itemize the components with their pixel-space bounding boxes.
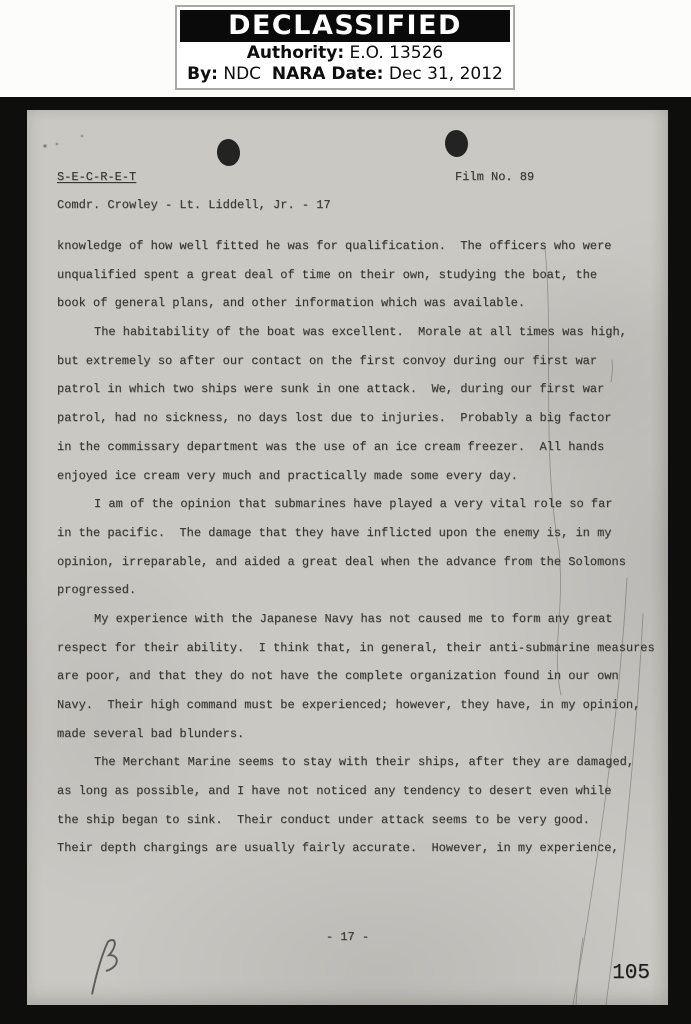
by-label: By: xyxy=(187,64,218,84)
text-line: but extremely so after our contact on th… xyxy=(57,347,663,376)
classification-marking: S-E-C-R-E-T xyxy=(57,170,136,184)
stamp-authority-line: Authority: E.O. 13526 xyxy=(180,44,510,63)
stamp-strip: DECLASSIFIED Authority: E.O. 13526 By: N… xyxy=(0,0,691,97)
text-line: knowledge of how well fitted he was for … xyxy=(57,232,663,261)
text-line: progressed. xyxy=(57,576,663,605)
text-line: enjoyed ice cream very much and practica… xyxy=(57,462,663,491)
paper-sheet: S-E-C-R-E-T Film No. 89 Comdr. Crowley -… xyxy=(27,110,668,1005)
frame-number: 105 xyxy=(612,962,650,985)
text-line: Navy. Their high command must be experie… xyxy=(57,691,663,720)
text-line: opinion, irreparable, and aided a great … xyxy=(57,548,663,577)
declassification-stamp: DECLASSIFIED Authority: E.O. 13526 By: N… xyxy=(175,5,515,90)
by-value: NDC xyxy=(218,64,272,84)
text-line: are poor, and that they do not have the … xyxy=(57,662,663,691)
authority-label: Authority: xyxy=(247,43,344,63)
text-line: patrol in which two ships were sunk in o… xyxy=(57,375,663,404)
stamp-title: DECLASSIFIED xyxy=(180,10,510,42)
nara-date-label: NARA Date: xyxy=(272,64,384,84)
punch-hole-left xyxy=(216,138,242,167)
text-line: made several bad blunders. xyxy=(57,720,663,749)
text-line: My experience with the Japanese Navy has… xyxy=(57,605,663,634)
text-line: The Merchant Marine seems to stay with t… xyxy=(57,748,663,777)
text-line: Their depth chargings are usually fairly… xyxy=(57,834,663,863)
page-number: - 17 - xyxy=(27,930,668,944)
text-line: in the commissary department was the use… xyxy=(57,433,663,462)
authority-value: E.O. 13526 xyxy=(344,43,443,63)
text-line: book of general plans, and other informa… xyxy=(57,289,663,318)
text-line: I am of the opinion that submarines have… xyxy=(57,490,663,519)
handwritten-mark xyxy=(85,936,121,996)
film-number: Film No. 89 xyxy=(455,170,534,184)
microfilm-frame: S-E-C-R-E-T Film No. 89 Comdr. Crowley -… xyxy=(0,97,691,1024)
text-line: patrol, had no sickness, no days lost du… xyxy=(57,404,663,433)
text-line: unqualified spent a great deal of time o… xyxy=(57,261,663,290)
nara-date-value: Dec 31, 2012 xyxy=(383,64,502,84)
text-line: as long as possible, and I have not noti… xyxy=(57,777,663,806)
text-line: respect for their ability. I think that,… xyxy=(57,634,663,663)
scanned-document-page: DECLASSIFIED Authority: E.O. 13526 By: N… xyxy=(0,0,691,1024)
text-line: in the pacific. The damage that they hav… xyxy=(57,519,663,548)
document-body: knowledge of how well fitted he was for … xyxy=(57,232,663,863)
stamp-by-line: By: NDC NARA Date: Dec 31, 2012 xyxy=(180,65,510,84)
text-line: the ship began to sink. Their conduct un… xyxy=(57,806,663,835)
punch-hole-right xyxy=(444,129,470,158)
text-line: The habitability of the boat was excelle… xyxy=(57,318,663,347)
attribution-line: Comdr. Crowley - Lt. Liddell, Jr. - 17 xyxy=(57,198,331,212)
